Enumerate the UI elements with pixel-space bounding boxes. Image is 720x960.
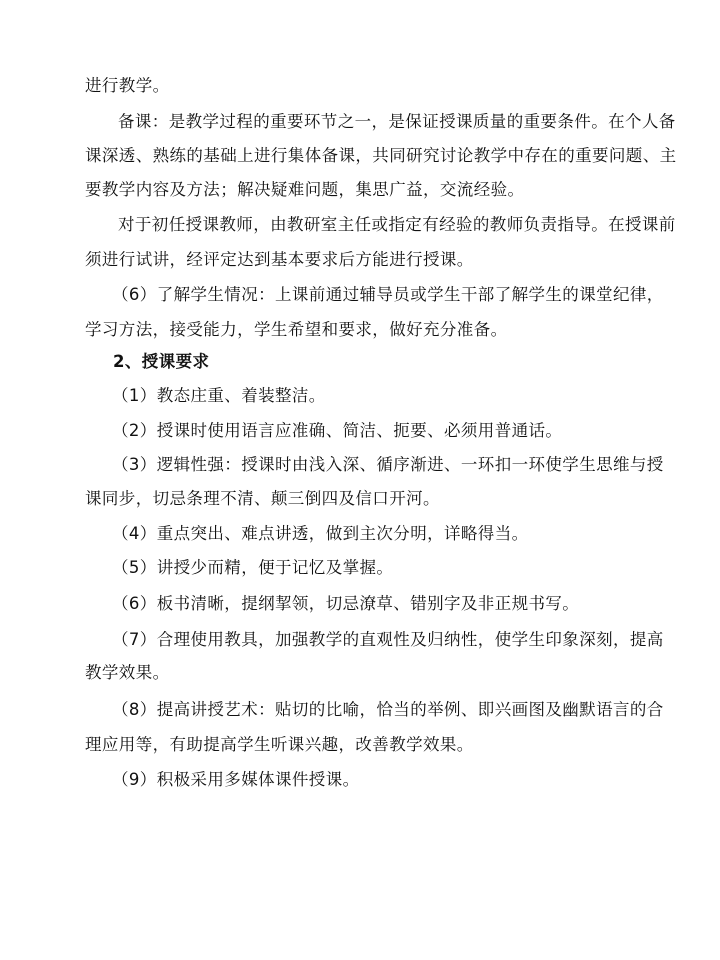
paragraph-line: 要教学内容及方法；解决疑难问题，集思广益，交流经验。 [85, 179, 665, 201]
list-item-3: （3）逻辑性强：授课时由浅入深、循序渐进、一环扣一环使学生思维与授 [112, 454, 692, 476]
list-item-1: （1）教态庄重、着装整洁。 [112, 385, 692, 407]
list-item-2: （2）授课时使用语言应准确、简洁、扼要、必须用普通话。 [112, 420, 692, 442]
paragraph-line: 课同步，切忌条理不清、颠三倒四及信口开河。 [85, 488, 665, 510]
list-item-understand-students: （6）了解学生情况：上课前通过辅导员或学生干部了解学生的课堂纪律， [112, 284, 692, 306]
paragraph-line: 理应用等，有助提高学生听课兴趣，改善教学效果。 [85, 734, 665, 756]
paragraph-line: 须进行试讲，经评定达到基本要求后方能进行授课。 [85, 249, 665, 271]
list-item-9: （9）积极采用多媒体课件授课。 [112, 769, 692, 791]
list-item-4: （4）重点突出、难点讲透，做到主次分明，详略得当。 [112, 523, 692, 545]
paragraph-line: 教学效果。 [85, 662, 665, 684]
paragraph-line: 课深透、熟练的基础上进行集体备课，共同研究讨论教学中存在的重要问题、主 [85, 145, 665, 167]
document-page: 进行教学。 备课：是教学过程的重要环节之一，是保证授课质量的重要条件。在个人备 … [0, 0, 720, 960]
list-item-8: （8）提高讲授艺术：贴切的比喻，恰当的举例、即兴画图及幽默语言的合 [112, 699, 692, 721]
list-item-5: （5）讲授少而精，便于记忆及掌握。 [112, 557, 692, 579]
paragraph-lesson-prep: 备课：是教学过程的重要环节之一，是保证授课质量的重要条件。在个人备 [118, 111, 698, 133]
list-item-7: （7）合理使用教具，加强教学的直观性及归纳性，使学生印象深刻，提高 [112, 629, 692, 651]
paragraph-line-continuation: 进行教学。 [85, 75, 665, 97]
paragraph-line: 学习方法，接受能力，学生希望和要求，做好充分准备。 [85, 319, 665, 341]
paragraph-new-teachers: 对于初任授课教师，由教研室主任或指定有经验的教师负责指导。在授课前 [118, 214, 698, 236]
section-heading-teaching-requirements: 2、授课要求 [113, 351, 693, 373]
list-item-6: （6）板书清晰，提纲挈领，切忌潦草、错别字及非正规书写。 [112, 593, 692, 615]
